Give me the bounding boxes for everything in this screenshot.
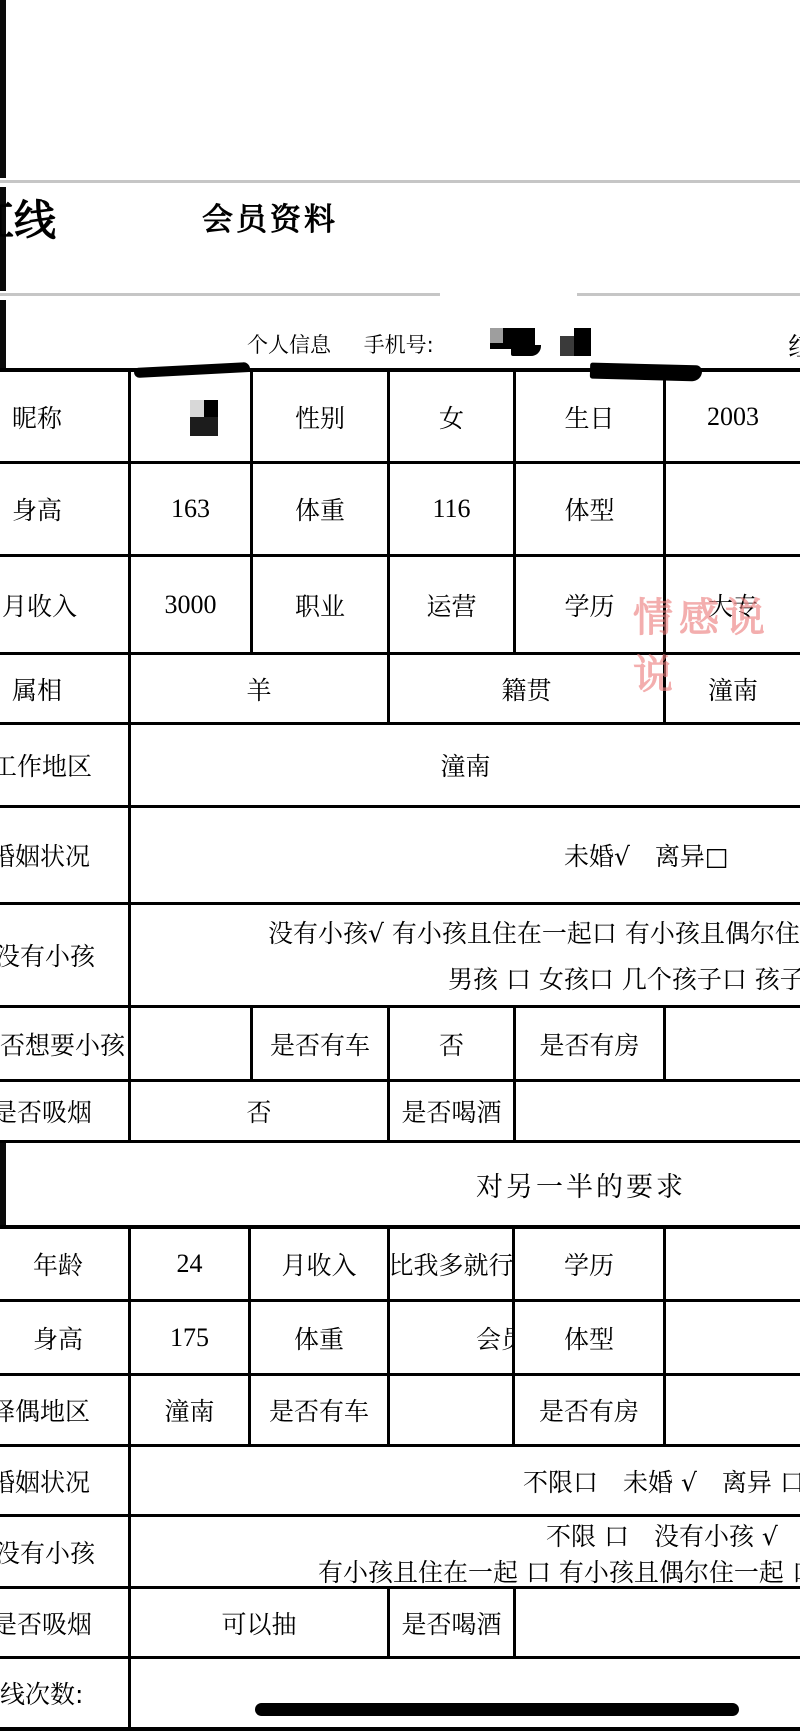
- table-row: 年龄24月收入比我多就行学历: [0, 1229, 800, 1302]
- field-value: 是否有房: [513, 1008, 663, 1079]
- partner-requirements-heading: 对另一半的要求: [476, 1165, 686, 1204]
- field-value: 体重: [250, 464, 387, 554]
- field-value: 不限口 未婚 √ 离异 口: [128, 1447, 800, 1514]
- field-value: 月收入: [248, 1229, 387, 1299]
- field-value: 性别: [250, 372, 387, 461]
- brand-logo-text: 红线: [0, 188, 56, 244]
- field-label: 婚姻状况: [0, 808, 128, 902]
- value-line: 不限 口 没有小孩 √: [131, 1517, 800, 1553]
- field-value: 女: [387, 372, 513, 461]
- field-value: 3000: [128, 557, 250, 652]
- nickname-redaction-mark: [190, 417, 218, 436]
- field-value: 体型: [513, 464, 663, 554]
- table-row: 身高175体重会员体型: [0, 1302, 800, 1376]
- section-label: 个人信息: [247, 333, 331, 357]
- field-label: 工作地区: [0, 725, 128, 805]
- table-row: 有没有小孩不限 口 没有小孩 √有小孩且住在一起 口 有小孩且偶尔住一起 口 有: [0, 1517, 800, 1589]
- field-label: 有没有小孩: [0, 1517, 128, 1586]
- field-value: [663, 1302, 800, 1373]
- field-value-multiline: 不限 口 没有小孩 √有小孩且住在一起 口 有小孩且偶尔住一起 口 有: [128, 1517, 800, 1586]
- field-value-multiline: 没有小孩√ 有小孩且住在一起口 有小孩且偶尔住一起口男孩 口 女孩口 几个孩子口…: [128, 905, 800, 1005]
- field-value: 潼南: [128, 1376, 248, 1444]
- field-label: 身高: [0, 1302, 128, 1373]
- field-value: 生日: [513, 372, 663, 461]
- field-label: 择偶地区: [0, 1376, 128, 1444]
- field-value: 24: [128, 1229, 248, 1299]
- field-value: 可以抽: [128, 1589, 387, 1656]
- field-value: 未婚√ 离异□: [128, 808, 800, 902]
- field-value: 是否喝酒: [387, 1589, 513, 1656]
- phone-redaction-mark: [560, 336, 574, 356]
- field-value: 175: [128, 1302, 248, 1373]
- field-value: [387, 1376, 512, 1444]
- nickname-redaction-mark: [190, 400, 204, 417]
- table-row: 牵线次数:: [0, 1659, 800, 1731]
- field-value: 学历: [512, 1229, 663, 1299]
- field-label: 属相: [0, 655, 128, 722]
- personal-info-table: 昵称性别女生日2003身高163体重116体型月收入3000职业运营学历大专属相…: [0, 368, 800, 1143]
- field-value: [128, 372, 250, 461]
- field-label: 月收入: [0, 557, 128, 652]
- table-row: 身高163体重116体型: [0, 464, 800, 557]
- divider-line-top: [0, 180, 800, 183]
- right-edge-clipped-text: 红: [788, 327, 800, 357]
- table-row: 工作地区潼南: [0, 725, 800, 808]
- field-value: 否: [128, 1082, 387, 1140]
- nickname-redaction-mark: [204, 400, 218, 417]
- field-label: 是否吸烟: [0, 1082, 128, 1140]
- field-value: 是否有车: [250, 1008, 387, 1079]
- field-value: 会员: [387, 1302, 512, 1373]
- phone-redaction-mark: [511, 345, 541, 356]
- field-value: [513, 1589, 800, 1656]
- field-value: 2003: [663, 372, 800, 461]
- page-title: 会员资料: [202, 194, 338, 239]
- table-row: 是否吸烟可以抽是否喝酒: [0, 1589, 800, 1659]
- field-value: [663, 1229, 800, 1299]
- pen-redaction-swoosh: [590, 363, 702, 382]
- field-value: 职业: [250, 557, 387, 652]
- value-line: 没有小孩√ 有小孩且住在一起口 有小孩且偶尔住一起口: [131, 914, 800, 950]
- phone-label: 手机号:: [364, 333, 434, 357]
- field-value: [128, 1008, 250, 1079]
- field-label: 年龄: [0, 1229, 128, 1299]
- watermark-text: 情感说说: [633, 586, 800, 700]
- value-line: 有小孩且住在一起 口 有小孩且偶尔住一起 口 有: [131, 1553, 800, 1589]
- divider-line-mid-right: [577, 293, 800, 296]
- field-label: 婚姻状况: [0, 1447, 128, 1514]
- field-value: 是否喝酒: [387, 1082, 513, 1140]
- field-label: 有没有小孩: [0, 905, 128, 1005]
- field-value: 116: [387, 464, 513, 554]
- phone-redaction-mark: [490, 328, 503, 343]
- field-value: 否: [387, 1008, 513, 1079]
- partner-requirements-table: 年龄24月收入比我多就行学历身高175体重会员体型择偶地区潼南是否有车是否有房婚…: [0, 1225, 800, 1731]
- field-value: [513, 1082, 800, 1140]
- field-value: 运营: [387, 557, 513, 652]
- field-value: 潼南: [128, 725, 800, 805]
- field-value: 163: [128, 464, 250, 554]
- brand-logo: 红线: [0, 188, 60, 244]
- divider-line-mid-left: [0, 293, 440, 296]
- field-value: [663, 464, 800, 554]
- field-value: 是否有车: [248, 1376, 387, 1444]
- field-value: 籍贯: [387, 655, 663, 722]
- table-row: 有没有小孩没有小孩√ 有小孩且住在一起口 有小孩且偶尔住一起口男孩 口 女孩口 …: [0, 905, 800, 1008]
- field-value: 羊: [128, 655, 387, 722]
- answer-redaction-bar: [255, 1703, 739, 1716]
- field-value: [128, 1659, 800, 1727]
- field-label: 是否想要小孩: [0, 1008, 128, 1079]
- field-label: 昵称: [0, 372, 128, 461]
- value-line: 男孩 口 女孩口 几个孩子口 孩子年龄: [131, 960, 800, 996]
- field-value: 是否有房: [512, 1376, 663, 1444]
- field-label: 是否吸烟: [0, 1589, 128, 1656]
- phone-redaction-mark: [574, 328, 591, 356]
- field-value: 体重: [248, 1302, 387, 1373]
- info-line: 个人信息 手机号:: [0, 329, 800, 359]
- field-value: [663, 1008, 800, 1079]
- field-label: 牵线次数:: [0, 1659, 128, 1727]
- field-label: 身高: [0, 464, 128, 554]
- table-row: 婚姻状况未婚√ 离异□: [0, 808, 800, 905]
- field-value-wide: 潼南: [131, 747, 800, 783]
- field-value: [663, 1376, 800, 1444]
- table-row: 是否想要小孩是否有车否是否有房: [0, 1008, 800, 1082]
- table-row: 是否吸烟否是否喝酒: [0, 1082, 800, 1143]
- table-row: 婚姻状况不限口 未婚 √ 离异 口: [0, 1447, 800, 1517]
- field-value: 体型: [512, 1302, 663, 1373]
- table-row: 择偶地区潼南是否有车是否有房: [0, 1376, 800, 1447]
- table-row: 昵称性别女生日2003: [0, 372, 800, 464]
- field-value: 比我多就行: [387, 1229, 512, 1299]
